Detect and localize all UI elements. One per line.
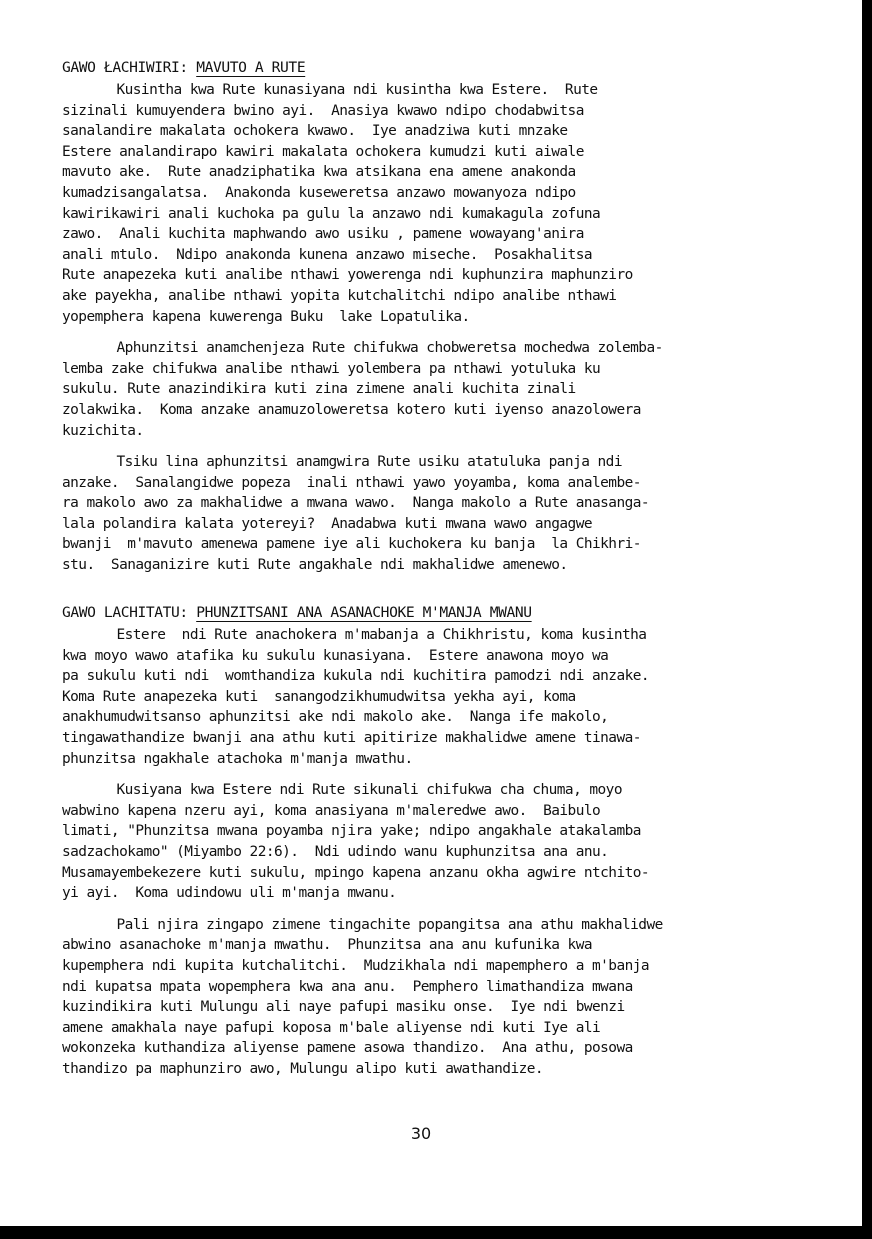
text-line: stu. Sanaganizire kuti Rute angakhale nd…	[62, 555, 663, 576]
text-line: sanalandire makalata ochokera kwawo. Iye…	[62, 121, 663, 142]
text-line: Kusiyana kwa Estere ndi Rute sikunali ch…	[62, 780, 663, 801]
text-line: abwino asanachoke m'manja mwathu. Phunzi…	[62, 935, 663, 956]
section-title: MAVUTO A RUTE	[196, 59, 305, 76]
section-heading: GAWO ŁACHIWIRI: MAVUTO A RUTE	[62, 56, 669, 80]
paragraph: Kusiyana kwa Estere ndi Rute sikunali ch…	[62, 780, 669, 904]
paragraph: Kusintha kwa Rute kunasiyana ndi kusinth…	[62, 80, 669, 327]
section-title: PHUNZITSANI ANA ASANACHOKE M'MANJA MWANU	[196, 604, 531, 621]
text-line: mavuto ake. Rute anadziphatika kwa atsik…	[62, 162, 663, 183]
section-chiwiri: GAWO ŁACHIWIRI: MAVUTO A RUTE Kusintha k…	[62, 56, 669, 587]
text-line: Kusintha kwa Rute kunasiyana ndi kusinth…	[62, 80, 663, 101]
text-line: Musamayembekezere kuti sukulu, mpingo ka…	[62, 863, 663, 884]
text-line: anakhumudwitsanso aphunzitsi ake ndi mak…	[62, 707, 663, 728]
page-number: 30	[0, 1124, 842, 1143]
text-line: ndi kupatsa mpata wopemphera kwa ana anu…	[62, 977, 663, 998]
text-line: Rute anapezeka kuti analibe nthawi yower…	[62, 265, 663, 286]
text-line: Pali njira zingapo zimene tingachite pop…	[62, 915, 663, 936]
text-line: thandizo pa maphunziro awo, Mulungu alip…	[62, 1059, 663, 1080]
text-line: zawo. Anali kuchita maphwando awo usiku …	[62, 224, 663, 245]
text-line: phunzitsa ngakhale atachoka m'manja mwat…	[62, 749, 663, 770]
text-line: yi ayi. Koma udindowu uli m'manja mwanu.	[62, 883, 663, 904]
section-label: GAWO ŁACHIWIRI:	[62, 59, 196, 76]
paragraph: Tsiku lina aphunzitsi anamgwira Rute usi…	[62, 452, 669, 576]
text-line: ake payekha, analibe nthawi yopita kutch…	[62, 286, 663, 307]
text-line: zolakwika. Koma anzake anamuzoloweretsa …	[62, 400, 663, 421]
text-line: anzake. Sanalangidwe popeza inali nthawi…	[62, 473, 663, 494]
scan-edge-right	[862, 0, 872, 1239]
text-line: sadzachokamo" (Miyambo 22:6). Ndi udindo…	[62, 842, 663, 863]
scan-edge-bottom	[0, 1226, 872, 1239]
text-line: sizinali kumuyendera bwino ayi. Anasiya …	[62, 101, 663, 122]
section-label: GAWO LACHITATU:	[62, 604, 196, 621]
text-line: anali mtulo. Ndipo anakonda kunena anzaw…	[62, 245, 663, 266]
text-line: kuzindikira kuti Mulungu ali naye pafupi…	[62, 997, 663, 1018]
text-line: tingawathandize bwanji ana athu kuti api…	[62, 728, 663, 749]
text-line: lemba zake chifukwa analibe nthawi yolem…	[62, 359, 663, 380]
paragraph: Estere ndi Rute anachokera m'mabanja a C…	[62, 625, 669, 769]
paragraph: Pali njira zingapo zimene tingachite pop…	[62, 915, 669, 1080]
section-chitatu: GAWO LACHITATU: PHUNZITSANI ANA ASANACHO…	[62, 601, 669, 1090]
text-line: kawirikawiri anali kuchoka pa gulu la an…	[62, 204, 663, 225]
text-line: wokonzeka kuthandiza aliyense pamene aso…	[62, 1038, 663, 1059]
text-line: Koma Rute anapezeka kuti sanangodzikhumu…	[62, 687, 663, 708]
text-line: sukulu. Rute anazindikira kuti zina zime…	[62, 379, 663, 400]
text-line: Estere analandirapo kawiri makalata ocho…	[62, 142, 663, 163]
text-line: ra makolo awo za makhalidwe a mwana wawo…	[62, 493, 663, 514]
text-line: pa sukulu kuti ndi womthandiza kukula nd…	[62, 666, 663, 687]
text-line: kwa moyo wawo atafika ku sukulu kunasiya…	[62, 646, 663, 667]
text-line: lala polandira kalata yotereyi? Anadabwa…	[62, 514, 663, 535]
paragraph: Aphunzitsi anamchenjeza Rute chifukwa ch…	[62, 338, 669, 441]
text-line: kuzichita.	[62, 421, 663, 442]
section-body: Estere ndi Rute anachokera m'mabanja a C…	[62, 625, 669, 1079]
text-line: yopemphera kapena kuwerenga Buku lake Lo…	[62, 307, 663, 328]
text-line: Estere ndi Rute anachokera m'mabanja a C…	[62, 625, 663, 646]
text-line: kupemphera ndi kupita kutchalitchi. Mudz…	[62, 956, 663, 977]
text-line: wabwino kapena nzeru ayi, koma anasiyana…	[62, 801, 663, 822]
text-line: Aphunzitsi anamchenjeza Rute chifukwa ch…	[62, 338, 663, 359]
text-line: bwanji m'mavuto amenewa pamene iye ali k…	[62, 534, 663, 555]
text-line: amene amakhala naye pafupi koposa m'bale…	[62, 1018, 663, 1039]
text-line: limati, "Phunzitsa mwana poyamba njira y…	[62, 821, 663, 842]
text-line: kumadzisangalatsa. Anakonda kuseweretsa …	[62, 183, 663, 204]
section-body: Kusintha kwa Rute kunasiyana ndi kusinth…	[62, 80, 669, 576]
section-heading: GAWO LACHITATU: PHUNZITSANI ANA ASANACHO…	[62, 601, 669, 625]
text-line: Tsiku lina aphunzitsi anamgwira Rute usi…	[62, 452, 663, 473]
